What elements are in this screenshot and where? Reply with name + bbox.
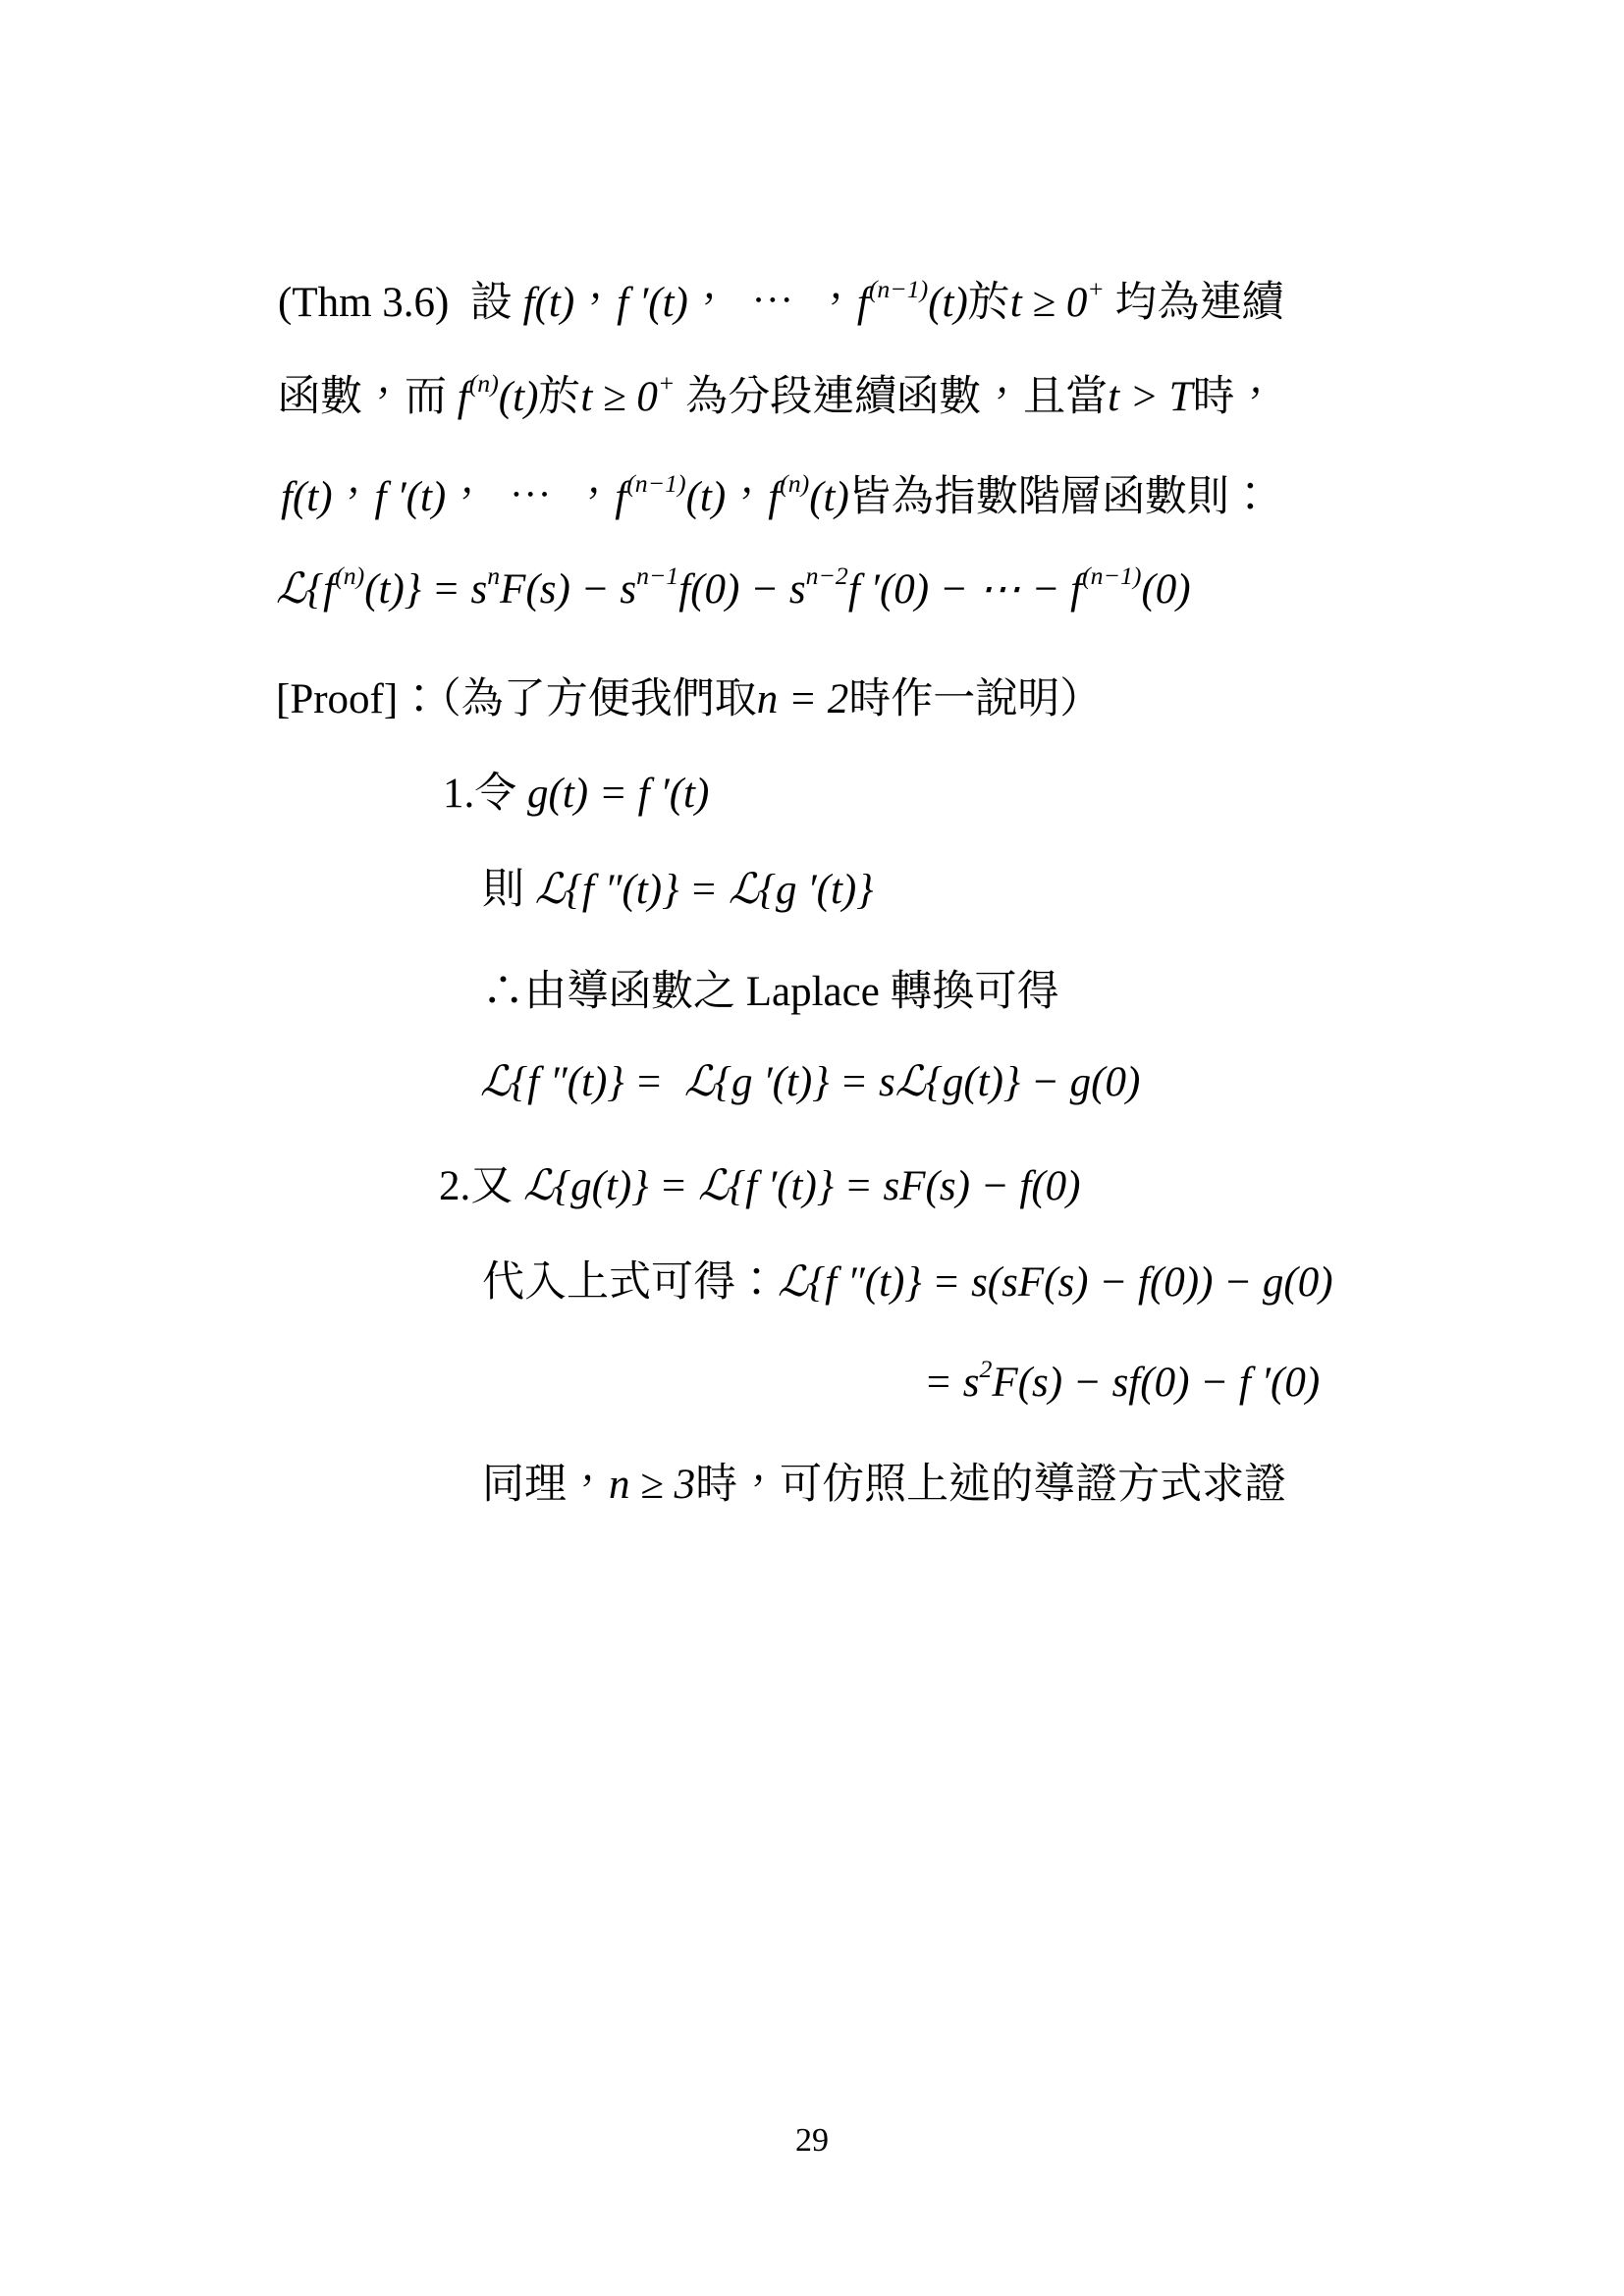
text-run: = s [924, 1360, 980, 1406]
text-run: (n−1) [626, 469, 685, 498]
text-run: + [658, 369, 675, 398]
text-run: F(s) − s [500, 566, 636, 613]
text-run: (n) [469, 369, 499, 398]
proof-conclusion: 同理，n ≥ 3時，可仿照上述的導證方式求證 [440, 1400, 1286, 1571]
text-run: + [1087, 275, 1104, 303]
text-run: n−1 [636, 561, 678, 590]
text-run: f(0) − s [678, 566, 805, 613]
text-run: f ′(0) − ⋯ − f [848, 566, 1082, 613]
text-run: 代入上式可得： [482, 1259, 778, 1306]
text-run: (n) [780, 469, 809, 498]
text-run: n ≥ 3 [609, 1462, 695, 1508]
text-run: 時，可仿照上述的導證方式求證 [695, 1462, 1286, 1508]
text-run: 時作一說明） [848, 676, 1102, 722]
text-run: n = 2 [757, 676, 849, 722]
text-run: 2 [980, 1355, 993, 1383]
text-run: (t)} = s [364, 566, 487, 613]
text-run: 同理， [482, 1462, 609, 1508]
text-run: ℒ{f ″(t)} = ℒ{g ′(t)} [535, 867, 874, 913]
text-run: n−2 [806, 561, 848, 590]
text-run: (0) [1141, 566, 1190, 613]
text-run: ℒ{f [276, 566, 335, 613]
document-page: (Thm 3.6) 設 f(t)，f ′(t)， ⋯ ，f(n−1)(t)於t … [0, 0, 1624, 2296]
text-run: (n−1) [869, 275, 928, 303]
text-run: n [487, 561, 500, 590]
text-run: 則 [482, 867, 535, 913]
text-run: ℒ{f ″(t)} = ℒ{g ′(t)} = sℒ{g(t)} − g(0) [480, 1059, 1140, 1105]
text-run: (n−1) [1082, 561, 1141, 590]
page-number: 29 [0, 2122, 1624, 2160]
text-run: [Proof] [276, 676, 398, 722]
text-run: (n) [335, 561, 364, 590]
text-run: F(s) − sf(0) − f ′(0) [992, 1360, 1320, 1406]
